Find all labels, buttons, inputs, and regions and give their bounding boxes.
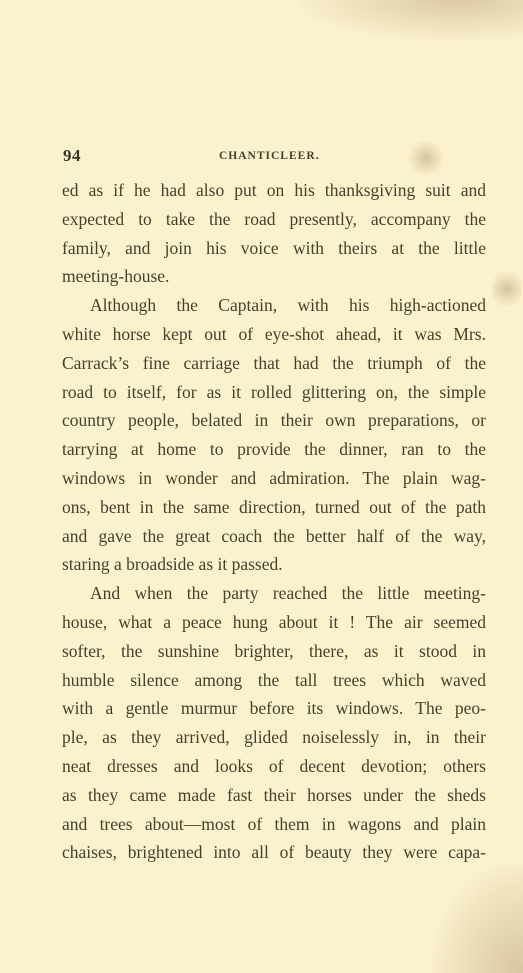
- text-line: chaises, brightened into all of beauty t…: [62, 838, 486, 867]
- text-line: ple, as they arrived, glided noiselessly…: [62, 723, 486, 752]
- text-line: and gave the great coach the better half…: [62, 522, 486, 551]
- page-number: 94: [63, 146, 81, 166]
- text-line: ed as if he had also put on his thanksgi…: [62, 176, 486, 205]
- text-line: softer, the sunshine brighter, there, as…: [62, 637, 486, 666]
- paper-stain-bottom: [433, 863, 523, 973]
- paper-stain-top: [300, 0, 523, 40]
- text-line: humble silence among the tall trees whic…: [62, 666, 486, 695]
- text-line: windows in wonder and admiration. The pl…: [62, 464, 486, 493]
- text-line: house, what a peace hung about it ! The …: [62, 608, 486, 637]
- text-line: tarrying at home to provide the dinner, …: [62, 435, 486, 464]
- text-line: ons, bent in the same direction, turned …: [62, 493, 486, 522]
- text-line: staring a broadside as it passed.: [62, 550, 486, 579]
- text-line: country people, belated in their own pre…: [62, 406, 486, 435]
- text-line: road to itself, for as it rolled glitter…: [62, 378, 486, 407]
- text-line: expected to take the road presently, acc…: [62, 205, 486, 234]
- running-title: CHANTICLEER.: [219, 150, 320, 162]
- body-text: ed as if he had also put on his thanksgi…: [62, 176, 486, 867]
- text-line: and trees about—most of them in wagons a…: [62, 810, 486, 839]
- text-line: with a gentle murmur before its windows.…: [62, 694, 486, 723]
- text-line: Although the Captain, with his high-acti…: [62, 291, 486, 320]
- text-line: white horse kept out of eye-shot ahead, …: [62, 320, 486, 349]
- text-line: family, and join his voice with theirs a…: [62, 234, 486, 263]
- text-line: as they came made fast their horses unde…: [62, 781, 486, 810]
- text-line: meeting-house.: [62, 262, 486, 291]
- book-page: 94 CHANTICLEER. ed as if he had also put…: [62, 140, 486, 867]
- text-line: neat dresses and looks of decent devotio…: [62, 752, 486, 781]
- text-line: And when the party reached the little me…: [62, 579, 486, 608]
- text-line: Carrack’s fine carriage that had the tri…: [62, 349, 486, 378]
- paper-smudge: [492, 268, 522, 310]
- running-head: 94 CHANTICLEER.: [62, 140, 486, 168]
